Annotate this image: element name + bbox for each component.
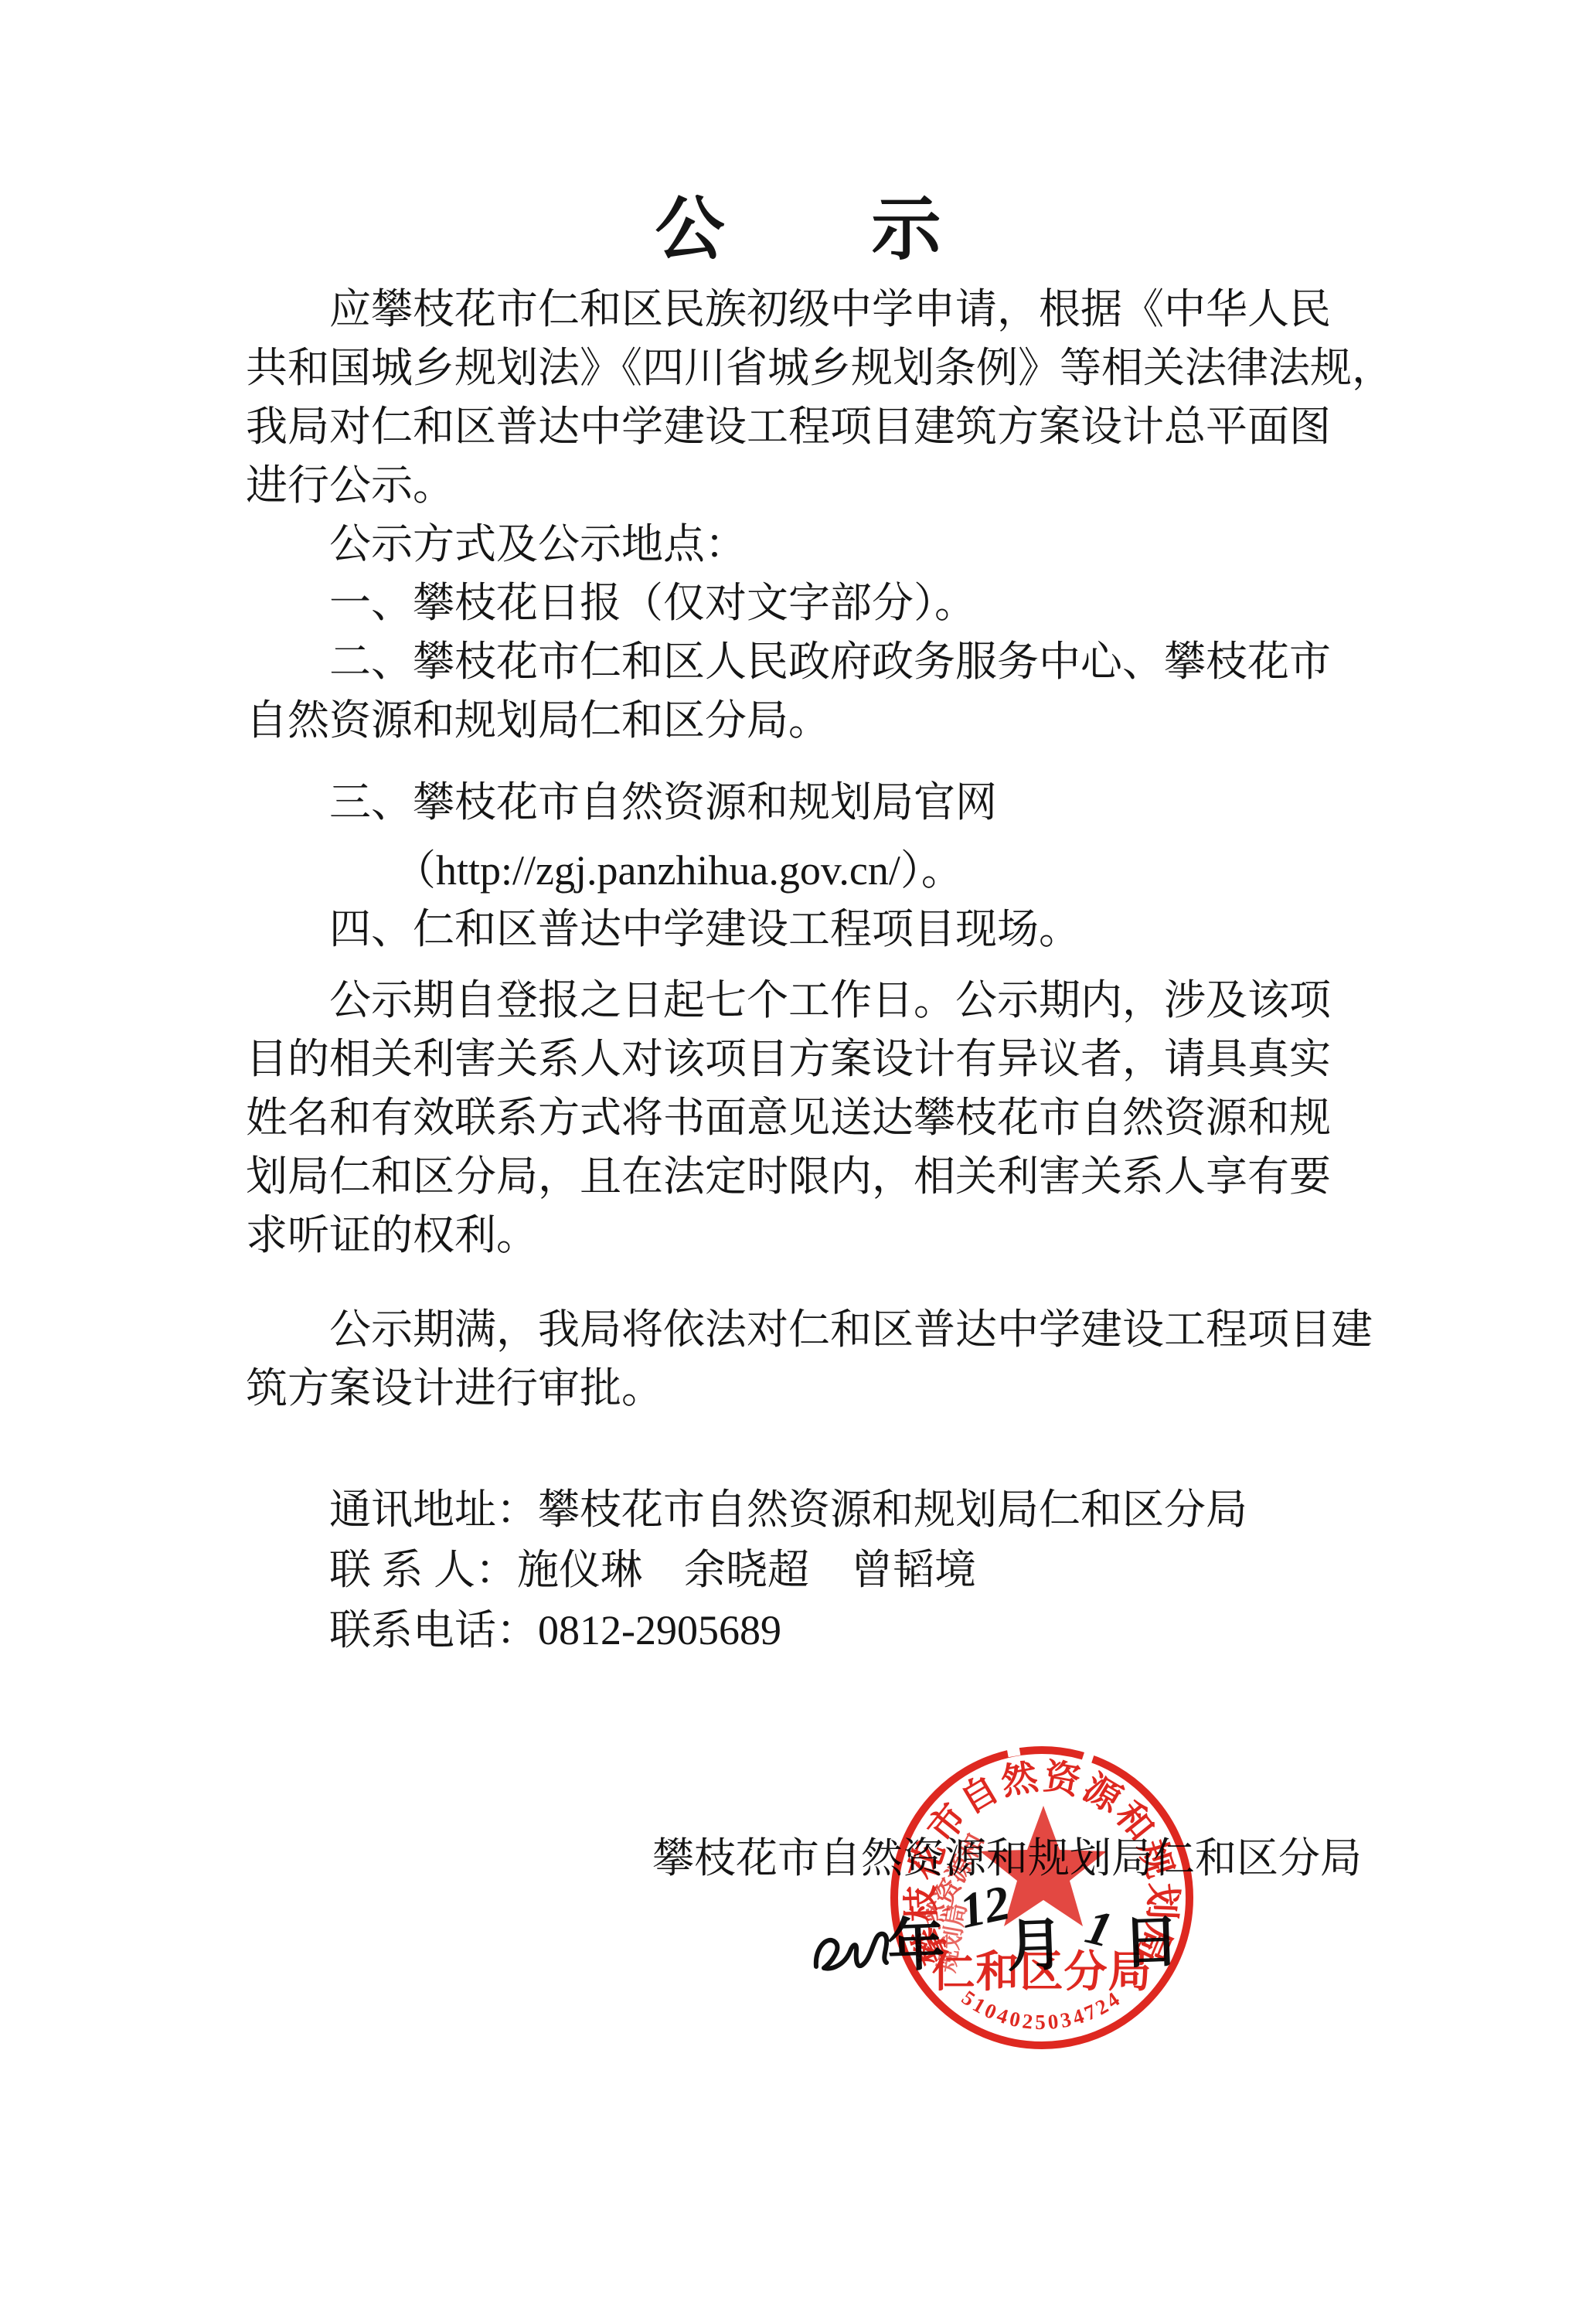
official-stamp: 然资源和 规划局 攀枝花市自然资源和规划局 仁和区分局 510402503472… [885, 1741, 1199, 2055]
list-item-3: 三、攀枝花市自然资源和规划局官网 [246, 773, 1405, 832]
text-line: 二、攀枝花市仁和区人民政府政务服务中心、攀枝花市 [246, 632, 1405, 691]
scanned-public-notice-page: 公 示 应攀枝花市仁和区民族初级中学申请，根据《中华人民 共和国城乡规划法》《四… [0, 0, 1596, 2319]
paragraph-approval: 公示期满，我局将依法对仁和区普达中学建设工程项目建 筑方案设计进行审批。 [246, 1300, 1405, 1418]
notice-body: 应攀枝花市仁和区民族初级中学申请，根据《中华人民 共和国城乡规划法》《四川省城乡… [246, 280, 1405, 1660]
stamp-center-text: 仁和区分局 [932, 1949, 1152, 1997]
paragraph-objection-period: 公示期自登报之日起七个工作日。公示期内，涉及该项 目的相关利害关系人对该项目方案… [246, 971, 1405, 1265]
paragraph-method-heading: 公示方式及公示地点： [246, 515, 1405, 574]
text-line: 求听证的权利。 [246, 1206, 1405, 1265]
website-url-text: （http://zgj.panzhihua.gov.cn/）。 [246, 841, 1405, 900]
title-char-left: 公 [655, 190, 725, 271]
handwritten-year-scribble [812, 1917, 889, 1987]
contact-person: 联 系 人：施仪琳 余晓超 曾韬境 [246, 1540, 1405, 1600]
text-line: 姓名和有效联系方式将书面意见送达攀枝花市自然资源和规 [246, 1088, 1405, 1147]
list-item-4: 四、仁和区普达中学建设工程项目现场。 [246, 900, 1405, 959]
text-line: 目的相关利害关系人对该项目方案设计有异议者，请具真实 [246, 1030, 1405, 1088]
paragraph-intro: 应攀枝花市仁和区民族初级中学申请，根据《中华人民 共和国城乡规划法》《四川省城乡… [246, 280, 1405, 515]
text-line: 应攀枝花市仁和区民族初级中学申请，根据《中华人民 [246, 280, 1405, 339]
contact-address: 通讯地址：攀枝花市自然资源和规划局仁和区分局 [246, 1480, 1405, 1540]
list-item-1: 一、攀枝花日报（仅对文字部分）。 [246, 574, 1405, 632]
title-char-right: 示 [872, 190, 941, 271]
text-line: 共和国城乡规划法》《四川省城乡规划条例》等相关法律法规， [246, 339, 1405, 397]
text-line: 自然资源和规划局仁和区分局。 [246, 691, 1405, 750]
stamp-star-icon [980, 1806, 1107, 1926]
list-item-2: 二、攀枝花市仁和区人民政府政务服务中心、攀枝花市 自然资源和规划局仁和区分局。 [246, 632, 1405, 750]
text-line: 公示期自登报之日起七个工作日。公示期内，涉及该项 [246, 971, 1405, 1030]
text-line: 划局仁和区分局，且在法定时限内，相关利害关系人享有要 [246, 1147, 1405, 1206]
contact-phone: 联系电话：0812-2905689 [246, 1600, 1405, 1660]
notice-title: 公 示 [0, 190, 1596, 271]
text-line: 进行公示。 [246, 456, 1405, 515]
text-line: 筑方案设计进行审批。 [246, 1359, 1405, 1418]
contact-block: 通讯地址：攀枝花市自然资源和规划局仁和区分局 联 系 人：施仪琳 余晓超 曾韬境… [246, 1480, 1405, 1660]
text-line: 公示期满，我局将依法对仁和区普达中学建设工程项目建 [246, 1300, 1405, 1359]
text-line: 我局对仁和区普达中学建设工程项目建筑方案设计总平面图 [246, 397, 1405, 456]
